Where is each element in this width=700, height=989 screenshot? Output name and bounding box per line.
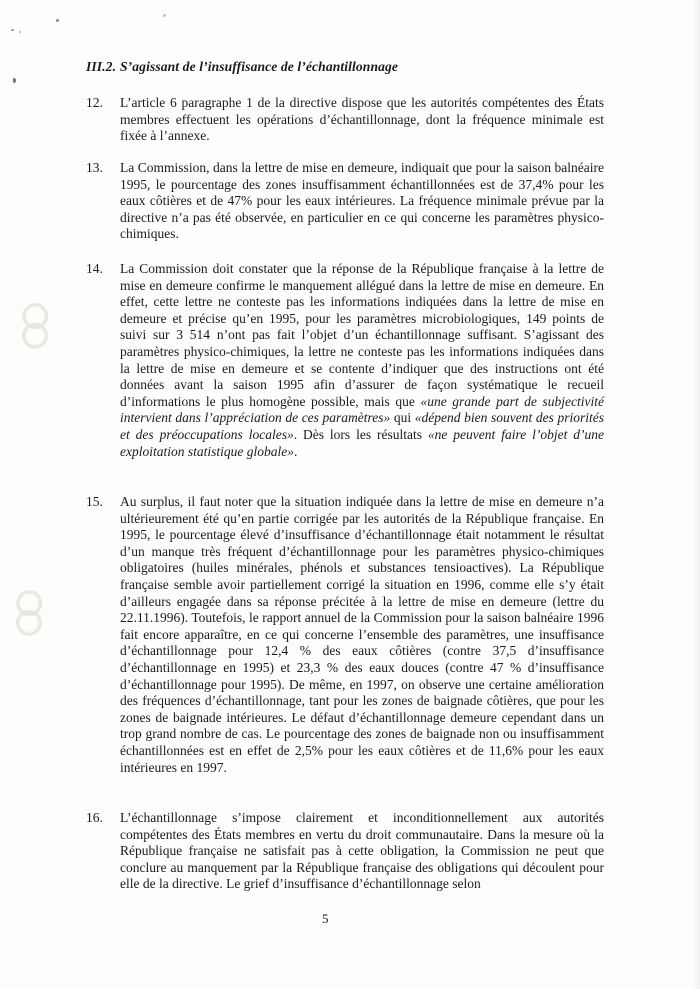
pencil-speck: [13, 78, 16, 83]
paragraph-12: 12. L’article 6 paragraphe 1 de la direc…: [86, 95, 604, 145]
paragraph-number: 14.: [86, 261, 120, 460]
text-run: . Dès lors les résultats: [294, 427, 428, 442]
punch-hole-mark: [9, 589, 46, 642]
paragraph-text: Au surplus, il faut noter que la situati…: [120, 494, 604, 776]
text-run: La Commission doit constater que la répo…: [120, 261, 604, 409]
paragraph-text: L’article 6 paragraphe 1 de la directive…: [120, 95, 604, 145]
paragraph-text: L’échantillonnage s’impose clairement et…: [120, 810, 604, 893]
pencil-speck: [11, 29, 14, 31]
punch-hole-mark: [15, 302, 52, 355]
text-run: L’échantillonnage s’impose clairement et…: [120, 810, 604, 891]
paragraph-number: 12.: [86, 95, 120, 145]
paragraph-15: 15. Au surplus, il faut noter que la sit…: [86, 494, 604, 776]
section-number: III.2.: [86, 59, 120, 75]
pencil-speck: [163, 14, 166, 17]
text-run: qui: [390, 410, 415, 425]
pencil-speck: [19, 31, 21, 33]
text-run: .: [294, 444, 297, 459]
paragraph-number: 16.: [86, 810, 120, 893]
paragraph-14: 14. La Commission doit constater que la …: [86, 261, 604, 460]
text-run: La Commission, dans la lettre de mise en…: [120, 160, 604, 241]
paragraph-13: 13. La Commission, dans la lettre de mis…: [86, 160, 604, 243]
section-title: S’agissant de l’insuffisance de l’échant…: [120, 59, 398, 75]
scan-edge-shadow: [693, 0, 700, 989]
paragraph-number: 15.: [86, 494, 120, 776]
pencil-speck: [56, 19, 59, 22]
paragraph-16: 16. L’échantillonnage s’impose clairemen…: [86, 810, 604, 893]
text-run: Au surplus, il faut noter que la situati…: [120, 494, 604, 775]
document-page: III.2. S’agissant de l’insuffisance de l…: [0, 0, 700, 989]
paragraph-text: La Commission doit constater que la répo…: [120, 261, 604, 460]
paragraph-number: 13.: [86, 160, 120, 243]
page-number: 5: [322, 911, 329, 927]
text-run: L’article 6 paragraphe 1 de la directive…: [120, 95, 604, 143]
section-heading: III.2. S’agissant de l’insuffisance de l…: [86, 59, 398, 75]
paragraph-text: La Commission, dans la lettre de mise en…: [120, 160, 604, 243]
